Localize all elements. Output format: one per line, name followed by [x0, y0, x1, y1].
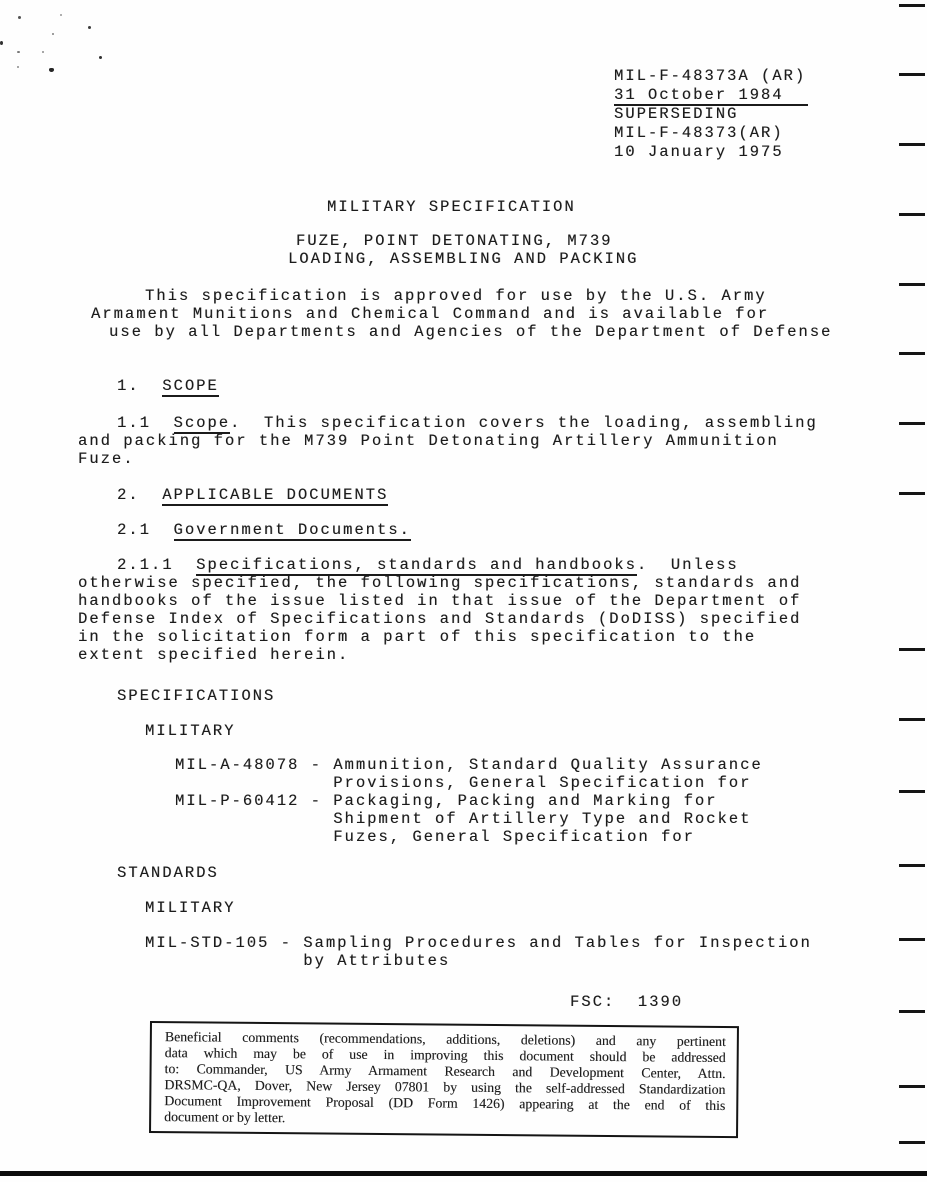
military-label-standards: MILITARY: [145, 899, 235, 917]
margin-tick: [899, 648, 925, 651]
margin-tick: [899, 283, 925, 286]
para-2-1-title: Government Documents.: [174, 521, 411, 541]
para-2-1-1-text: . Unless: [637, 556, 739, 574]
margin-tick: [899, 492, 925, 495]
margin-tick: [899, 213, 925, 216]
beneficial-comments-box: Beneficial comments (recommendations, ad…: [149, 1021, 739, 1138]
para-2-1-heading: 2.1 Government Documents.: [117, 521, 411, 539]
para-1-1-number: 1.1: [117, 414, 174, 432]
spec-entry-line: Shipment of Artillery Type and Rocket: [175, 810, 751, 828]
doc-id-line: MIL-F-48373A (AR): [614, 67, 806, 85]
subject-title-line2: LOADING, ASSEMBLING AND PACKING: [288, 250, 638, 268]
specifications-label: SPECIFICATIONS: [117, 687, 275, 705]
margin-tick: [899, 4, 925, 7]
approval-statement-line2: Armament Munitions and Chemical Command …: [91, 305, 769, 323]
margin-tick: [899, 1085, 925, 1088]
margin-tick: [899, 1141, 925, 1144]
para-1-1-line3: Fuze.: [78, 450, 135, 468]
std-entry-line: MIL-STD-105 - Sampling Procedures and Ta…: [145, 934, 812, 952]
margin-tick: [899, 938, 925, 941]
scan-speck: [0, 41, 3, 45]
section-2-title: APPLICABLE DOCUMENTS: [162, 486, 388, 506]
margin-tick: [899, 864, 925, 867]
scan-edge-bar: [0, 1171, 927, 1176]
para-1-1-text: . This specification covers the loading,…: [230, 414, 818, 432]
para-2-1-1-line3: handbooks of the issue listed in that is…: [78, 592, 801, 610]
section-1-title: SCOPE: [162, 377, 219, 397]
spec-entry-line: Fuzes, General Specification for: [175, 828, 695, 846]
scan-speck: [88, 26, 91, 29]
spec-entry-line: MIL-A-48078 - Ammunition, Standard Quali…: [175, 756, 763, 774]
margin-tick: [899, 718, 925, 721]
margin-tick: [899, 143, 925, 146]
military-label-specifications: MILITARY: [145, 722, 235, 740]
para-1-1-line2: and packing for the M739 Point Detonatin…: [78, 432, 779, 450]
spec-type-title: MILITARY SPECIFICATION: [327, 198, 576, 216]
margin-tick: [899, 422, 925, 425]
para-2-1-1-line4: Defense Index of Specifications and Stan…: [78, 610, 801, 628]
section-2-heading: 2. APPLICABLE DOCUMENTS: [117, 486, 388, 504]
section-1-heading: 1. SCOPE: [117, 377, 219, 395]
scan-speck: [60, 14, 62, 16]
margin-tick: [899, 352, 925, 355]
para-2-1-1-line2: otherwise specified, the following speci…: [78, 574, 801, 592]
section-2-number: 2.: [117, 486, 162, 504]
scan-speck: [17, 66, 19, 68]
standards-label: STANDARDS: [117, 864, 219, 882]
fsc-line: FSC: 1390: [570, 993, 683, 1011]
para-1-1-label: Scope: [174, 414, 231, 434]
para-2-1-1-number: 2.1.1: [117, 556, 196, 574]
section-1-number: 1.: [117, 377, 162, 395]
para-2-1-1-line5: in the solicitation form a part of this …: [78, 628, 756, 646]
doc-date-text: 31 October 1984: [614, 86, 808, 106]
margin-tick: [899, 790, 925, 793]
subject-title-line1: FUZE, POINT DETONATING, M739: [296, 232, 612, 250]
approval-statement-line1: This specification is approved for use b…: [145, 287, 767, 305]
superseded-doc-id-line: MIL-F-48373(AR): [614, 124, 784, 142]
approval-statement-line3: use by all Departments and Agencies of t…: [109, 323, 832, 341]
doc-date-line: 31 October 1984: [614, 86, 808, 104]
superseding-label: SUPERSEDING: [614, 105, 738, 123]
spec-entry-line: MIL-P-60412 - Packaging, Packing and Mar…: [175, 792, 717, 810]
para-2-1-number: 2.1: [117, 521, 174, 539]
margin-tick: [899, 73, 925, 76]
para-2-1-1-line1: 2.1.1 Specifications, standards and hand…: [117, 556, 739, 574]
para-2-1-1-label: Specifications, standards and handbooks: [196, 556, 637, 576]
margin-tick: [899, 1010, 925, 1013]
scan-speck: [18, 16, 21, 19]
scan-speck: [17, 51, 20, 53]
scanned-document-page: MIL-F-48373A (AR) 31 October 1984 SUPERS…: [0, 0, 927, 1182]
spec-entry-line: Provisions, General Specification for: [175, 774, 751, 792]
std-entry-line: by Attributes: [145, 952, 450, 970]
superseded-date-line: 10 January 1975: [614, 143, 784, 161]
para-2-1-1-line6: extent specified herein.: [78, 646, 349, 664]
para-1-1-line1: 1.1 Scope. This specification covers the…: [117, 414, 818, 432]
scan-speck: [49, 68, 54, 72]
scan-speck: [99, 56, 102, 59]
scan-speck: [42, 51, 44, 53]
scan-speck: [52, 33, 54, 35]
